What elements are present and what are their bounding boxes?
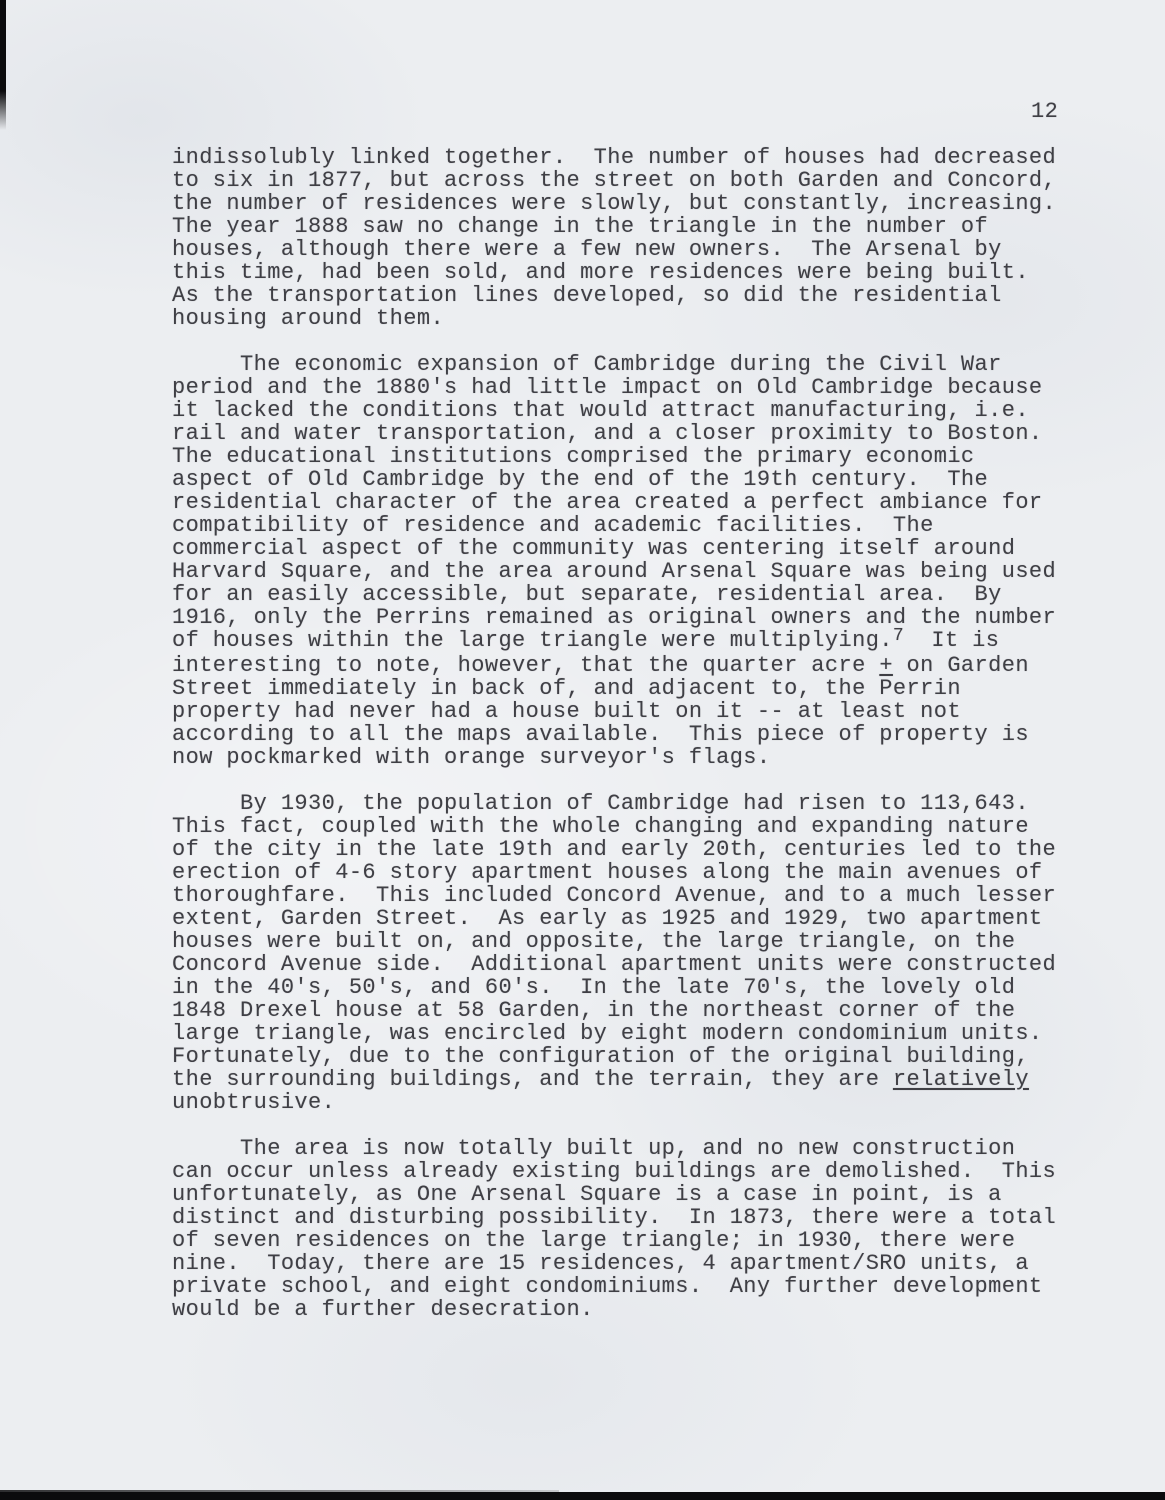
text-segment-underline: relatively <box>893 1067 1029 1092</box>
paragraph-3: By 1930, the population of Cambridge had… <box>172 792 1102 1114</box>
page-number: 12 <box>1031 100 1058 123</box>
paragraph-2: The economic expansion of Cambridge duri… <box>172 353 1102 769</box>
text-segment-normal: By 1930, the population of Cambridge had… <box>172 791 1056 1092</box>
text-segment-normal: The area is now totally built up, and no… <box>172 1136 1056 1322</box>
text-segment-normal: unobtrusive. <box>172 1090 335 1115</box>
paragraph-1: indissolubly linked together. The number… <box>172 146 1102 330</box>
text-segment-normal: indissolubly linked together. The number… <box>172 145 1056 331</box>
document-body: indissolubly linked together. The number… <box>172 146 1102 1321</box>
text-segment-underline: + <box>879 653 893 678</box>
scanned-page: 12 indissolubly linked together. The num… <box>0 0 1165 1500</box>
scan-edge-bottom <box>0 1492 1165 1500</box>
paragraph-4: The area is now totally built up, and no… <box>172 1137 1102 1321</box>
text-segment-superscript: 7 <box>893 626 904 646</box>
scan-edge-left <box>0 0 6 130</box>
text-segment-normal: The economic expansion of Cambridge duri… <box>172 352 1056 653</box>
